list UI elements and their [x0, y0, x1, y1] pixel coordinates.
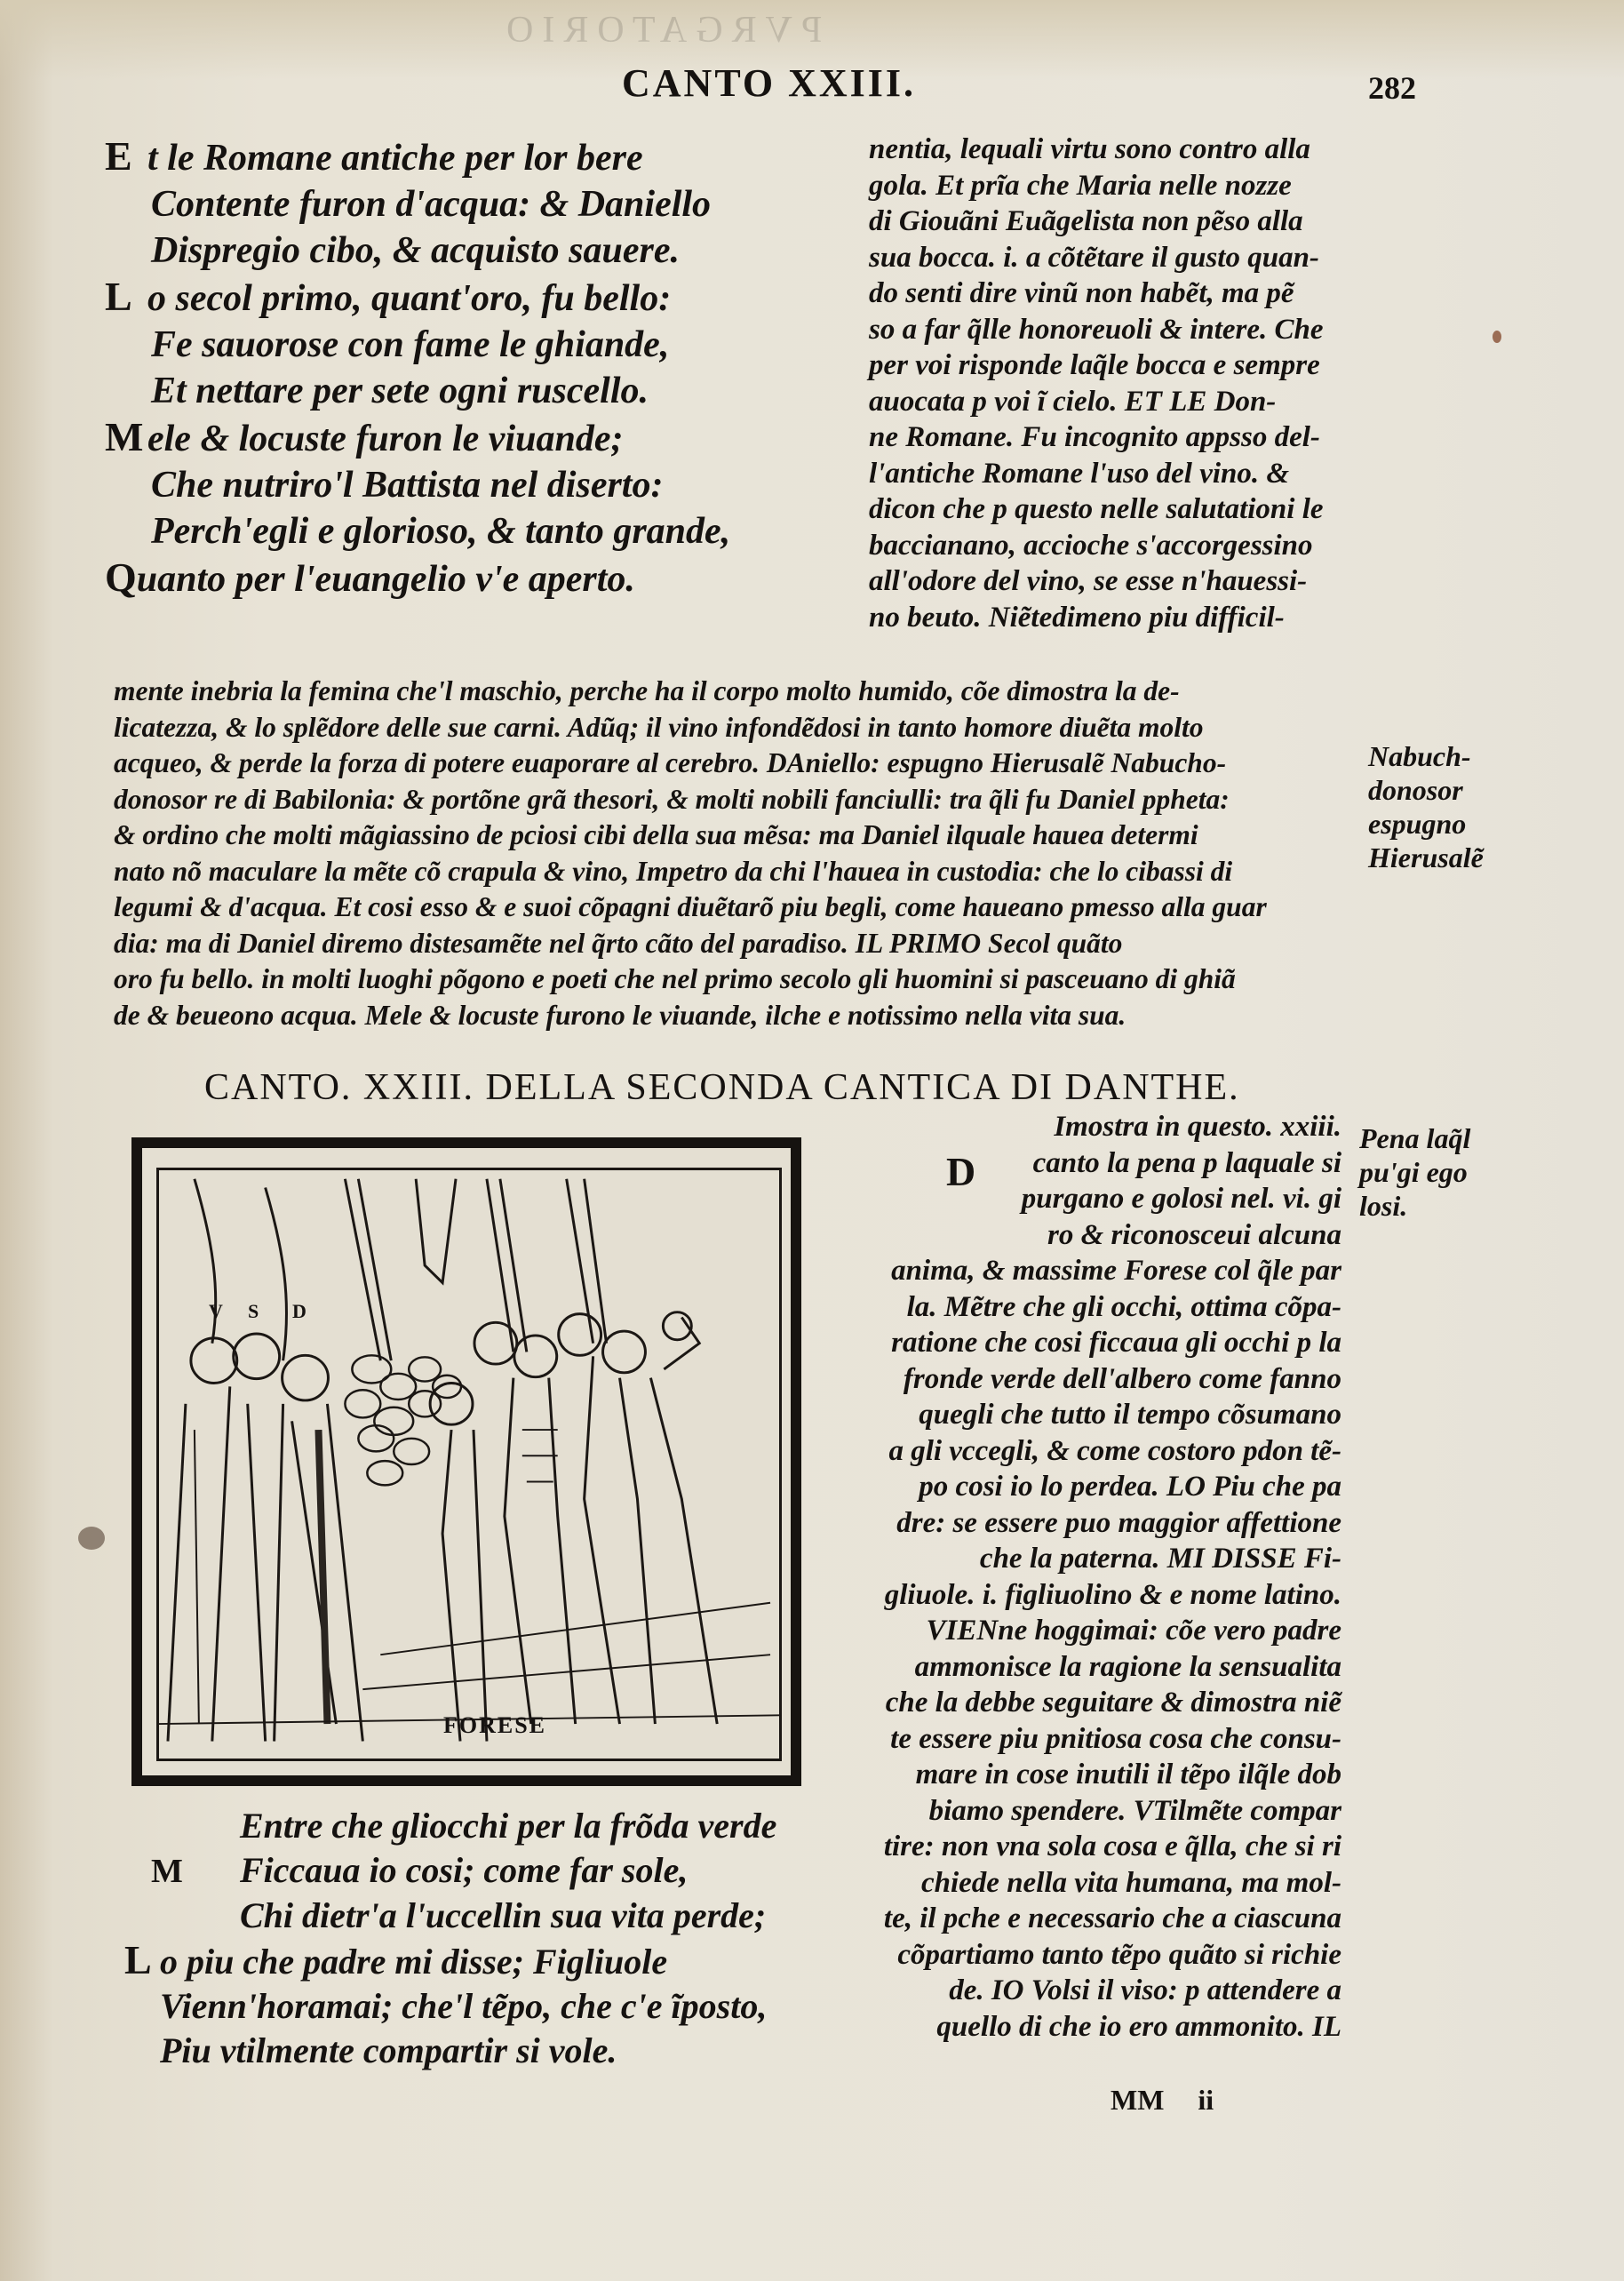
commentary-line: VIENne hoggimai: cõe vero padre: [880, 1613, 1341, 1649]
running-head: CANTO XXIII.: [622, 60, 916, 106]
commentary-line: te essere piu pnitiosa cosa che consu-: [880, 1721, 1341, 1758]
verse-line: Che nutriro'l Battista nel diserto:: [105, 462, 730, 508]
commentary-line: donosor re di Babilonia: & portõne grã t…: [114, 782, 1267, 818]
commentary-line: chiede nella vita humana, ma mol-: [880, 1865, 1341, 1902]
commentary-line: per voi risponde laq̃le bocca e sempre: [869, 347, 1324, 384]
commentary-line: gliuole. i. figliuolino & e nome latino.: [880, 1577, 1341, 1614]
commentary-line: de & beueono acqua. Mele & locuste furon…: [114, 998, 1267, 1034]
verse-block-bottom: Entre che gliocchi per la frõda verde MF…: [124, 1804, 776, 2073]
gloss-line: espugno: [1368, 807, 1484, 841]
commentary-line: baccianano, accioche s'accorgessino: [869, 528, 1324, 564]
verse-line: Lo piu che padre mi disse; Figliuole: [124, 1938, 776, 1984]
verse-line: Lo secol primo, quant'oro, fu bello:: [105, 274, 730, 322]
commentary-line: Imostra in questo. xxiii.: [880, 1109, 1341, 1145]
commentary-line: quegli che tutto il tempo cõsumano: [880, 1397, 1341, 1433]
commentary-line: a gli vccegli, & come costoro pdon tẽ-: [880, 1433, 1341, 1470]
commentary-line: dia: ma di Daniel diremo distesamẽte nel…: [114, 926, 1267, 962]
commentary-line: mare in cose inutili il tẽpo ilq̃le dob: [880, 1757, 1341, 1793]
commentary-line: canto la pena p laquale si: [880, 1145, 1341, 1182]
verse-line: Dispregio cibo, & acquisto sauere.: [105, 227, 730, 274]
commentary-line: quello di che io ero ammonito. IL: [880, 2009, 1341, 2046]
commentary-full-width: mente inebria la femina che'l maschio, p…: [114, 674, 1267, 1033]
paper-stain: [1493, 331, 1501, 343]
commentary-line: di Giouãni Euãgelista non pẽso alla: [869, 203, 1324, 240]
margin-gloss-pena-golosi: Pena laq̃l pu'gi ego losi.: [1359, 1121, 1470, 1223]
commentary-line: cõpartiamo tanto tẽpo quãto si richie: [880, 1937, 1341, 1974]
commentary-right-top: nentia, lequali virtu sono contro alla g…: [869, 132, 1324, 635]
verse-initial: L: [124, 1938, 160, 1982]
gloss-line: Pena laq̃l: [1359, 1121, 1470, 1155]
commentary-line: do senti dire vinũ non habẽt, ma pẽ: [869, 275, 1324, 312]
verse-initial: M: [124, 1849, 240, 1894]
verse-initial: L: [105, 274, 147, 320]
verse-line: Et le Romane antiche per lor bere: [105, 133, 730, 181]
commentary-line: po cosi io lo perdea. LO Piu che pa: [880, 1469, 1341, 1505]
verse-line: Vienn'horamai; che'l tẽpo, che c'e ĩpost…: [124, 1984, 776, 2029]
woodcut-frame: V S D FORESE: [156, 1168, 782, 1761]
commentary-line: mente inebria la femina che'l maschio, p…: [114, 674, 1267, 710]
commentary-line: sua bocca. i. a cõtẽtare il gusto quan-: [869, 240, 1324, 276]
verse-line: Entre che gliocchi per la frõda verde: [124, 1804, 776, 1848]
gloss-line: Hierusalẽ: [1368, 841, 1484, 874]
verse-line: Contente furon d'acqua: & Daniello: [105, 181, 730, 227]
commentary-line: te, il pche e necessario che a ciascuna: [880, 1901, 1341, 1937]
commentary-line: gola. Et prĩa che Maria nelle nozze: [869, 168, 1324, 204]
commentary-line: tire: non vna sola cosa e q̃lla, che si …: [880, 1829, 1341, 1865]
gloss-line: pu'gi ego: [1359, 1155, 1470, 1189]
verse-line: Mele & locuste furon le viuande;: [105, 414, 730, 462]
woodcut-tag-d: D: [292, 1300, 306, 1323]
commentary-line: la. Mẽtre che gli occhi, ottima cõpa-: [880, 1289, 1341, 1326]
verse-line: Piu vtilmente compartir si vole.: [124, 2029, 776, 2073]
commentary-line: anima, & massime Forese col q̃le par: [880, 1253, 1341, 1289]
verse-line: Chi dietr'a l'uccellin sua vita perde;: [124, 1894, 776, 1938]
commentary-line: che la paterna. MI DISSE Fi-: [880, 1541, 1341, 1577]
commentary-line: oro fu bello. in molti luoghi põgono e p…: [114, 961, 1267, 998]
show-through-text: PVRGATORIO: [498, 9, 822, 52]
folio-number: 282: [1368, 69, 1416, 107]
verse-initial: Q: [105, 554, 137, 601]
verse-block-top: Et le Romane antiche per lor bere Conten…: [105, 133, 730, 602]
gloss-line: losi.: [1359, 1189, 1470, 1223]
commentary-line: & ordino che molti mãgiassino de pciosi …: [114, 817, 1267, 854]
commentary-line: ne Romane. Fu incognito appsso del-: [869, 419, 1324, 456]
commentary-line: ratione che cosi ficcaua gli occhi p la: [880, 1325, 1341, 1361]
commentary-line: all'odore del vino, se esse n'hauessi-: [869, 563, 1324, 600]
commentary-line: so a far q̃lle honoreuoli & intere. Che: [869, 312, 1324, 348]
commentary-line: legumi & d'acqua. Et cosi esso & e suoi …: [114, 889, 1267, 926]
woodcut-illustration: V S D FORESE: [131, 1137, 801, 1786]
verse-initial: E: [105, 133, 147, 179]
signature-mark: MM ii: [1111, 2084, 1214, 2117]
commentary-line: nato nõ maculare la mẽte cõ crapula & vi…: [114, 854, 1267, 890]
commentary-line: fronde verde dell'albero come fanno: [880, 1361, 1341, 1398]
commentary-line: licatezza, & lo splẽdore delle sue carni…: [114, 710, 1267, 746]
commentary-right-bottom: Imostra in questo. xxiii. canto la pena …: [880, 1109, 1341, 2045]
book-page: PVRGATORIO CANTO XXIII. 282 Et le Romane…: [0, 0, 1624, 2281]
commentary-line: che la debbe seguitare & dimostra niẽ: [880, 1685, 1341, 1721]
commentary-line: dre: se essere puo maggior affettione: [880, 1505, 1341, 1542]
paper-stain: [78, 1527, 105, 1550]
commentary-line: no beuto. Niẽtedimeno piu difficil-: [869, 600, 1324, 636]
commentary-line: ro & riconosceui alcuna: [880, 1217, 1341, 1254]
verse-line: Perch'egli e glorioso, & tanto grande,: [105, 508, 730, 554]
woodcut-caption-forese: FORESE: [443, 1712, 546, 1739]
commentary-line: ammonisce la ragione la sensualita: [880, 1649, 1341, 1686]
commentary-line: nentia, lequali virtu sono contro alla: [869, 132, 1324, 168]
verse-line: Et nettare per sete ogni ruscello.: [105, 368, 730, 414]
commentary-line: de. IO Volsi il viso: p attendere a: [880, 1973, 1341, 2009]
canto-heading: CANTO. XXIII. DELLA SECONDA CANTICA DI D…: [204, 1066, 1240, 1109]
woodcut-tag-s: S: [248, 1300, 259, 1323]
commentary-line: auocata p voi ĩ cielo. ET LE Don-: [869, 384, 1324, 420]
woodcut-scene-icon: [159, 1170, 779, 1759]
commentary-line: acqueo, & perde la forza di potere euapo…: [114, 746, 1267, 782]
commentary-line: l'antiche Romane l'uso del vino. &: [869, 456, 1324, 492]
verse-line: MFiccaua io cosi; come far sole,: [124, 1848, 776, 1894]
commentary-line: purgano e golosi nel. vi. gi: [880, 1181, 1341, 1217]
commentary-line: dicon che p questo nelle salutationi le: [869, 491, 1324, 528]
commentary-line: biamo spendere. VTilmẽte compar: [880, 1793, 1341, 1830]
verse-initial: M: [105, 414, 147, 460]
verse-line: Quanto per l'euangelio v'e aperto.: [105, 554, 730, 602]
verse-line: Fe sauorose con fame le ghiande,: [105, 322, 730, 368]
gloss-line: Nabuch-: [1368, 739, 1484, 773]
gloss-line: donosor: [1368, 773, 1484, 807]
woodcut-tag-v: V: [209, 1300, 223, 1323]
margin-gloss-nabuchodonosor: Nabuch- donosor espugno Hierusalẽ: [1368, 739, 1484, 874]
